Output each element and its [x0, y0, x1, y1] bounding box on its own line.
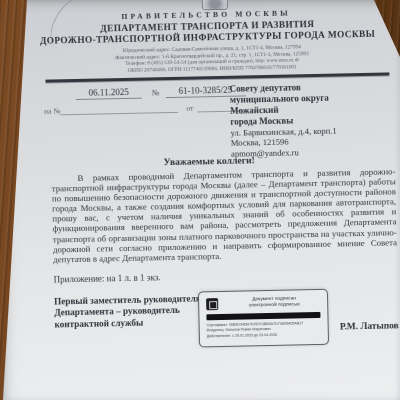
stamp-title: Документ подписан электронной подписью: [225, 296, 323, 310]
letter-body-paragraph: В рамках проводимой Департаментом трансп…: [51, 166, 397, 264]
reply-number-blank-line: [60, 103, 178, 115]
stamp-certificate-highlight: [206, 312, 320, 320]
paper-sheet: ПРАВИТЕЛЬСТВО МОСКВЫ ДЕПАРТАМЕНТ ТРАНСПО…: [0, 0, 400, 400]
number-sign-label: №: [152, 88, 160, 97]
signer-position-block: Первый заместитель руководителя Департам…: [54, 293, 201, 330]
signer-position-line: контрактной службы: [54, 316, 201, 330]
photo-of-letter: ПРАВИТЕЛЬСТВО МОСКВЫ ДЕПАРТАМЕНТ ТРАНСПО…: [0, 0, 400, 400]
reply-number-label: на №: [44, 106, 61, 115]
reply-from-label: от: [186, 104, 193, 113]
stamp-details: Сертификат: 00B5D34DB7D7B713BB3A7D73A05A…: [207, 321, 324, 340]
stamp-emblem-icon: [206, 298, 218, 310]
moscow-coat-of-arms-icon: [202, 0, 228, 10]
letterhead-contact-block: Юридический адрес: Садовая-Самотёчная ул…: [37, 42, 387, 76]
recipient-block: Совету депутатов муниципального округа М…: [230, 80, 390, 159]
stamp-title-line: электронной подписью: [225, 302, 323, 310]
letter-content: ПРАВИТЕЛЬСТВО МОСКВЫ ДЕПАРТАМЕНТ ТРАНСПО…: [0, 0, 400, 400]
attachment-note: Приложение: на 1 л. в 1 экз.: [54, 272, 161, 284]
reference-row-date-number: 06.11.2025 № 61-10-3285/25: [76, 84, 246, 100]
reference-row-reply: на № от: [44, 101, 249, 115]
electronic-signature-stamp: Документ подписан электронной подписью С…: [198, 289, 329, 348]
signer-name: Р.М. Латыпов: [325, 321, 399, 333]
letter-date: 06.11.2025: [76, 87, 142, 100]
